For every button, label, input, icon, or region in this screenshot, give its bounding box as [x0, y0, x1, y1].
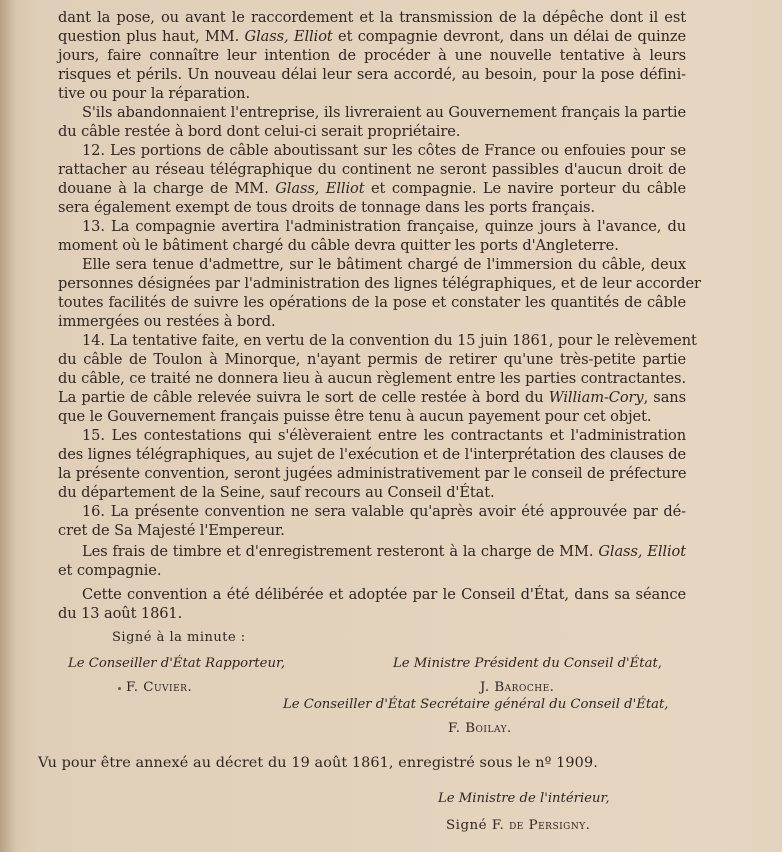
text-line: tive ou pour la réparation. [58, 84, 686, 103]
text-line: que le Gouvernement français puisse être… [58, 407, 686, 426]
text-line: moment où le bâtiment chargé du câble de… [58, 236, 686, 255]
right-signatory-name: J. Baroche. [480, 680, 554, 695]
text-line: Elle sera tenue d'admettre, sur le bâtim… [82, 255, 686, 274]
left-signatory-name: F. Cuvier. [126, 680, 192, 695]
article-15: 15. Les contestations qui s'élèveraient … [82, 426, 686, 445]
article-16: 16. La présente convention ne sera valab… [82, 502, 686, 521]
text-line: douane à la charge de MM. Glass, Elliot … [58, 179, 686, 198]
text-line: Les frais de timbre et d'enregistrement … [82, 542, 686, 561]
deliberation-line: Cette convention a été délibérée et adop… [82, 585, 686, 604]
article-14: 14. La tentative faite, en vertu de la c… [82, 331, 686, 350]
text-line: rattacher au réseau télégraphique du con… [58, 160, 686, 179]
company-names: Glass, Elliot [598, 543, 686, 560]
text-line: toutes facilités de suivre les opération… [58, 293, 686, 312]
text-line: sera également exempt de tous droits de … [58, 198, 686, 217]
text-line: dant la pose, ou avant le raccordement e… [58, 8, 686, 27]
ink-mark [118, 687, 121, 690]
scanned-page: dant la pose, ou avant le raccordement e… [0, 0, 782, 852]
text-line: du département de la Seine, sauf recours… [58, 483, 686, 502]
text-line: S'ils abandonnaient l'entreprise, ils li… [82, 103, 686, 122]
text-line: des lignes télégraphiques, au sujet de l… [58, 445, 686, 464]
text-line: La partie de câble relevée suivra le sor… [58, 388, 686, 407]
text-line: et compagnie. [58, 561, 686, 580]
text-line: jours, faire connaître leur intention de… [58, 46, 686, 65]
text-line: du câble restée à bord dont celui-ci ser… [58, 122, 686, 141]
text-line: personnes désignées par l'administration… [58, 274, 686, 293]
minister-name: de Persigny. [509, 818, 590, 833]
ship-name: William-Cory [549, 389, 644, 406]
article-13: 13. La compagnie avertira l'administrati… [82, 217, 686, 236]
minister-title: Le Ministre de l'intérieur, [438, 791, 610, 806]
text-line: immergées ou restées à bord. [58, 312, 686, 331]
annex-statement: Vu pour être annexé au décret du 19 août… [38, 755, 598, 771]
company-names: Glass, Elliot [245, 28, 333, 45]
text-line: cret de Sa Majesté l'Empereur. [58, 521, 686, 540]
signed-label: Signé à la minute : [112, 630, 246, 645]
right-signatory-title: Le Ministre Président du Conseil d'État, [393, 656, 662, 671]
secretary-name: F. Boilay. [448, 721, 512, 736]
text-line: du câble de Toulon à Minorque, n'ayant p… [58, 350, 686, 369]
secretary-title: Le Conseiller d'État Secrétaire général … [283, 697, 668, 712]
left-signatory-title: Le Conseiller d'État Rapporteur, [68, 656, 285, 671]
page-edge-shadow [0, 0, 18, 852]
text-line: du câble, ce traité ne donnera lieu à au… [58, 369, 686, 388]
company-names: Glass, Elliot [275, 180, 364, 197]
text-line: risques et périls. Un nouveau délai leur… [58, 65, 686, 84]
article-12: 12. Les portions de câble aboutissant su… [82, 141, 686, 160]
minister-signature: Signé F. de Persigny. [446, 818, 590, 833]
deliberation-date: du 13 août 1861. [58, 604, 686, 623]
text-line: la présente convention, seront jugées ad… [58, 464, 686, 483]
text-line: question plus haut, MM. Glass, Elliot et… [58, 27, 686, 46]
